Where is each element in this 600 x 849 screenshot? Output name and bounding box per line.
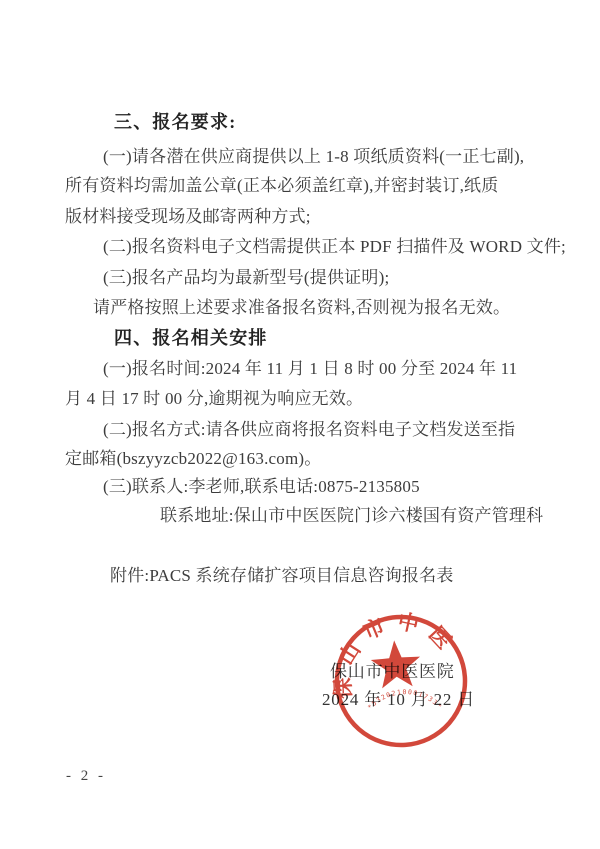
section-3-item-2-line: (二)报名资料电子文档需提供正本 PDF 扫描件及 WORD 文件; — [103, 236, 566, 258]
section-3-item-1-line-1: (一)请各潜在供应商提供以上 1-8 项纸质资料(一正七副), — [103, 146, 524, 168]
document-page: 三、报名要求: (一)请各潜在供应商提供以上 1-8 项纸质资料(一正七副), … — [0, 0, 600, 849]
section-3-item-1-line-3: 版材料接受现场及邮寄两种方式; — [65, 206, 311, 228]
section-4-item-3-contact-line: (三)联系人:李老师,联系电话:0875-2135805 — [103, 476, 420, 498]
svg-text:*5320210001733*: *5320210001733* — [365, 685, 444, 716]
section-4-item-1-line-1: (一)报名时间:2024 年 11 月 1 日 8 时 00 分至 2024 年… — [103, 358, 517, 380]
seal-star-icon — [370, 639, 423, 689]
page-number: - 2 - — [66, 768, 106, 785]
section-3-item-3-line: (三)报名产品均为最新型号(提供证明); — [103, 267, 389, 289]
section-4-address-line: 联系地址:保山市中医医院门诊六楼国有资产管理科 — [160, 505, 543, 527]
section-4-item-2-line-2: 定邮箱(bszyyzcb2022@163.com)。 — [65, 448, 321, 470]
section-3-note-line: 请严格按照上述要求准备报名资料,否则视为报名无效。 — [93, 297, 510, 319]
attachment-line: 附件:PACS 系统存储扩容项目信息咨询报名表 — [110, 565, 454, 587]
section-4-heading: 四、报名相关安排 — [114, 327, 268, 349]
section-3-heading: 三、报名要求: — [114, 111, 236, 133]
section-4-item-2-line-1: (二)报名方式:请各供应商将报名资料电子文档发送至指 — [103, 419, 515, 441]
official-seal-stamp: 保山市中医医院 *5320210001733* — [326, 606, 476, 756]
section-4-item-1-line-2: 月 4 日 17 时 00 分,逾期视为响应无效。 — [65, 388, 363, 410]
seal-code-text: *5320210001733* — [365, 685, 444, 716]
section-3-item-1-line-2: 所有资料均需加盖公章(正本必须盖红章),并密封装订,纸质 — [65, 175, 498, 197]
